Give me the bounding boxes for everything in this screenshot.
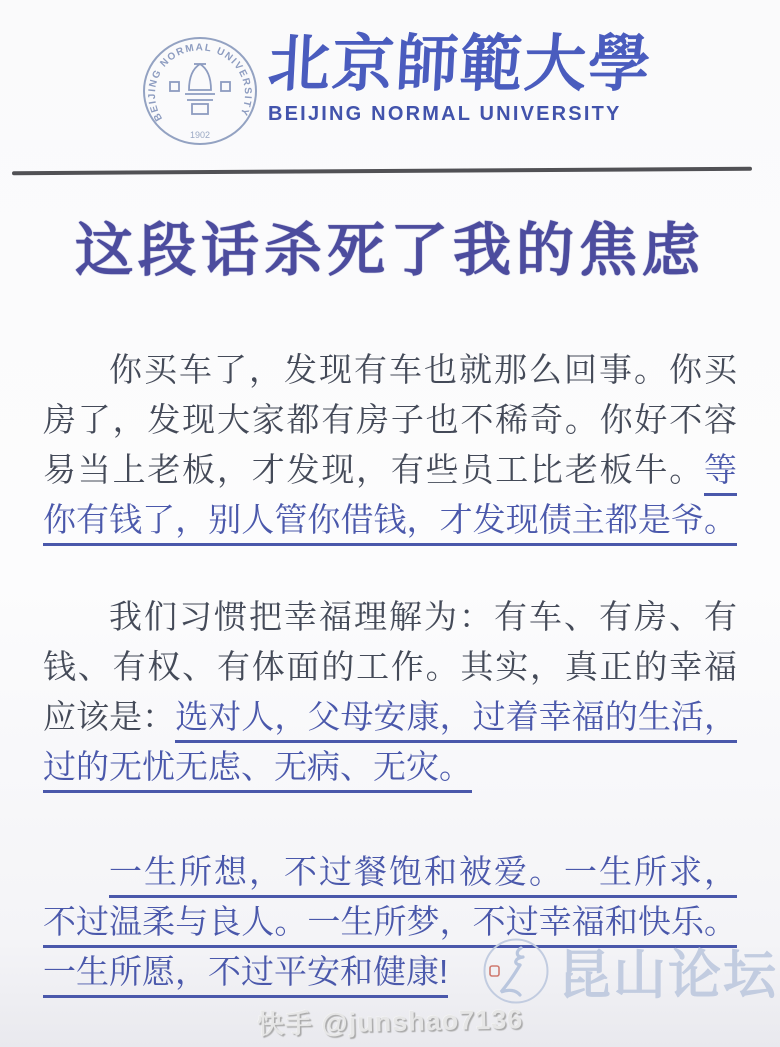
text-line: 你有钱了，别人管你借钱，才发现债主都是爷。 (43, 495, 737, 545)
body-text: 易当上老板，才发现，有些员工比老板牛。 (43, 451, 704, 488)
university-name-english: BEIJING NORMAL UNIVERSITY (268, 103, 652, 126)
paragraph: 我们习惯把幸福理解为：有车、有房、有钱、有权、有体面的工作。其实，真正的幸福应该… (43, 592, 737, 792)
photographed-document-page: BEIJING NORMAL UNIVERSITY 1902 北京師範大學 BE… (0, 0, 780, 1047)
seal-year: 1902 (190, 130, 210, 140)
body-text: 应该是： (43, 698, 175, 735)
text-line: 一生所想，不过餐饱和被爱。一生所求， (43, 847, 737, 897)
highlighted-underlined-text: 你有钱了，别人管你借钱，才发现债主都是爷。 (43, 501, 737, 546)
text-line: 应该是：选对人，父母安康，过着幸福的生活， (43, 692, 737, 742)
highlighted-underlined-text: 一生所愿，不过平安和健康! (43, 953, 448, 998)
kuaishou-watermark-text: 快手 @junshao7136 (0, 992, 780, 1047)
university-name-calligraphy: 北京師範大學 (266, 30, 654, 100)
text-line: 一生所愿，不过平安和健康! (43, 947, 737, 997)
body-text: 房了，发现大家都有房子也不稀奇。你好不容 (43, 401, 737, 438)
highlighted-underlined-text: 不过温柔与良人。一生所梦，不过幸福和快乐。 (43, 903, 737, 948)
seal-ring-text: BEIJING NORMAL UNIVERSITY (147, 42, 253, 122)
paragraph: 你买车了，发现有车也就那么回事。你买房了，发现大家都有房子也不稀奇。你好不容易当… (43, 345, 737, 545)
university-brand: 北京師範大學 BEIJING NORMAL UNIVERSITY (268, 30, 652, 126)
body-text: 我们习惯把幸福理解为：有车、有房、有 (109, 598, 737, 635)
body-text: 钱、有权、有体面的工作。其实，真正的幸福 (43, 648, 737, 685)
text-line: 不过温柔与良人。一生所梦，不过幸福和快乐。 (43, 897, 737, 947)
paragraph: 一生所想，不过餐饱和被爱。一生所求，不过温柔与良人。一生所梦，不过幸福和快乐。一… (43, 847, 737, 997)
highlighted-underlined-text: 过的无忧无虑、无病、无灾。 (43, 748, 472, 793)
text-line: 房了，发现大家都有房子也不稀奇。你好不容 (43, 395, 737, 445)
text-line: 我们习惯把幸福理解为：有车、有房、有 (43, 592, 737, 642)
text-line: 钱、有权、有体面的工作。其实，真正的幸福 (43, 642, 737, 692)
text-line: 易当上老板，才发现，有些员工比老板牛。等 (43, 445, 737, 495)
university-seal-icon: BEIJING NORMAL UNIVERSITY 1902 (140, 34, 260, 148)
article-body: 你买车了，发现有车也就那么回事。你买房了，发现大家都有房子也不稀奇。你好不容易当… (43, 345, 737, 997)
svg-text:BEIJING NORMAL UNIVERSITY: BEIJING NORMAL UNIVERSITY (147, 42, 253, 122)
text-line: 你买车了，发现有车也就那么回事。你买 (43, 345, 737, 395)
seal-bell-emblem (170, 64, 230, 114)
article-title: 这段话杀死了我的焦虑 (0, 203, 780, 287)
header-divider-line (12, 167, 752, 175)
text-line: 过的无忧无虑、无病、无灾。 (43, 742, 737, 792)
highlighted-underlined-text: 等 (704, 451, 737, 496)
highlighted-underlined-text: 选对人，父母安康，过着幸福的生活， (175, 698, 737, 743)
highlighted-underlined-text: 一生所想，不过餐饱和被爱。一生所求， (109, 853, 737, 898)
body-text: 你买车了，发现有车也就那么回事。你买 (109, 351, 737, 388)
